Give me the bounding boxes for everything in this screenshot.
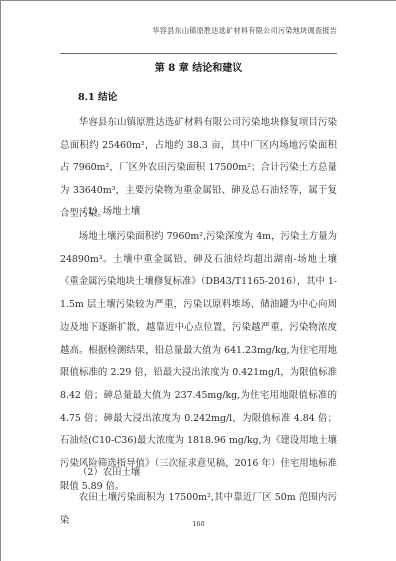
site-soil-text: 场地土壤污染面积约 7960m²,污染深度为 4m，污染土方量为 24890m³… — [60, 226, 337, 498]
header-rule — [60, 53, 337, 54]
running-header: 华容县东山镇原胜达选矿材料有限公司污染地块调查报告 — [60, 26, 337, 36]
section-title: 8.1 结论 — [78, 89, 117, 103]
chapter-title: 第 8 章 结论和建议 — [60, 59, 337, 74]
site-soil-heading: （1）场地土壤 — [78, 203, 140, 217]
farmland-soil-heading: （2）农田土壤 — [78, 464, 140, 478]
page-number: 160 — [60, 520, 337, 528]
site-soil-paragraph: 场地土壤污染面积约 7960m²,污染深度为 4m，污染土方量为 24890m³… — [60, 226, 337, 498]
